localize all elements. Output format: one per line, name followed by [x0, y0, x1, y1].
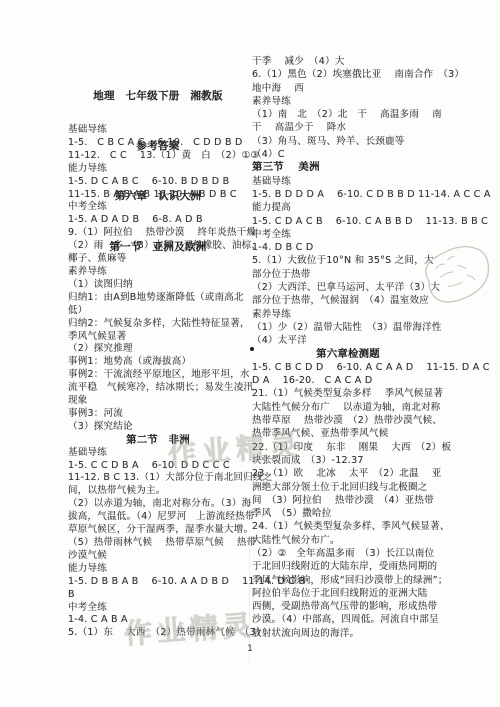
answer-line: 大陆性气候分布广 以赤道为轴，南北对称 [252, 401, 444, 414]
answer-line: 归纳2：气候复杂多样，大陆性特征显著， [68, 318, 248, 331]
answer-line: 阿拉伯半岛位于北回归线附近的亚洲大陆 [252, 587, 444, 600]
answer-line: D A 16-20. C A C A D [252, 374, 444, 387]
seal-stamp-icon [416, 242, 500, 318]
answer-line: 间 （3）阿拉伯 热带沙漠 （4）亚热带 [252, 494, 444, 507]
answer-line: 中考全练 [68, 201, 248, 214]
answer-line: 11-12. B C 13.（1）大部分位于南北回归线之 [68, 472, 248, 485]
answer-line: 23.（1）欧 北冰 太平 （2）北温 亚 [252, 467, 444, 480]
answer-line: 中考全练 [68, 602, 248, 615]
answer-line: 于北回归线附近的大陆东岸，受雨热同期的 [252, 560, 444, 573]
section-heading: 第三节 美洲 [252, 161, 444, 174]
answer-line: 沙漠气候 [68, 550, 248, 563]
answer-line: 季风 （5）撒哈拉 [252, 507, 444, 520]
answer-line: （2）探究推理 [68, 343, 248, 356]
answer-line: 沙漠。（4）中部高，四周低。河流自中部呈 [252, 613, 444, 626]
answer-line: 中考全练 [252, 228, 444, 241]
answer-line: 草原气候区，分干湿两季，湿季水量大增。 [68, 524, 248, 537]
answer-line: 事例2：干流流经平原地区，地形平坦，水 [68, 369, 248, 382]
answer-line: 1-5. D B B A B 6-10. A A D B D 11-14. D … [68, 576, 248, 589]
answer-line: 大陆性气候分布广。 [252, 534, 444, 547]
answer-line: 洲绝大部分领土位于北回归线与北极圈之 [252, 481, 444, 494]
answer-line: （2）以赤道为轴，南北对称分布。（3）海 [68, 498, 248, 511]
answer-line: （2）② 全年高温多雨 （3）长江以南位 [252, 547, 444, 560]
answer-line: 1-5. B D D D A 6-10. C D B B D 11-14. A … [252, 188, 444, 201]
answer-line: 5.（1）东 大西 （2）热带雨林气候 （3） [68, 627, 248, 640]
answer-line: 拔高，气温低。（4）尼罗河 上游流经热带 [68, 511, 248, 524]
answer-line: 11-15. B A B A B 16-20. A B D B C [68, 189, 248, 202]
answer-line: 干季 减少 （4）大 [252, 55, 444, 68]
answer-line: 现象 [68, 395, 248, 408]
answer-line: 事例1：地势高（或海拔高） [68, 356, 248, 369]
column-right: 干季 减少 （4）大6.（1）黑色（2）埃塞俄比亚 南南合作 （3）地中海 西素… [252, 55, 444, 640]
answer-line: 素养导练 [68, 266, 248, 279]
answer-line: 放射状流向周边的海洋。 [252, 627, 444, 640]
answer-line: 能力导练 [68, 563, 248, 576]
answer-line: 1-5. C B C A C 6-10. C D D B D [68, 137, 248, 150]
answer-line: 1-5. A D A D B 6-8. A D B [68, 214, 248, 227]
answer-line: （1）读图归纳 [68, 279, 248, 292]
answer-line: 椰子、蕉麻等 [68, 253, 248, 266]
answer-line: 热带草原 热带沙漠 （2）热带沙漠气候、 [252, 414, 444, 427]
answer-line: 块张裂而成 （3）-12.37 [252, 454, 444, 467]
answer-line: 24.（1）气候类型复杂多样、季风气候显著、 [252, 520, 444, 533]
answer-line: 干 高温少于 降水 [252, 121, 444, 134]
answer-line: 9.（1）阿拉伯 热带沙漠 终年炎热干燥 [68, 227, 248, 240]
answer-line: 6.（1）黑色（2）埃塞俄比亚 南南合作 （3） [252, 68, 444, 81]
book-title: 地理 七年级下册 湘教版 [68, 88, 248, 105]
column-left: 基础导练1-5. C B C A C 6-10. C D D B D11-12.… [68, 124, 248, 640]
answer-line: 1-4. C A B A [68, 614, 248, 627]
answer-line: （5）热带雨林气候 热带草原气候 热带 [68, 537, 248, 550]
answer-line: 11-12. C C 13.（1）黄 白 （2）①③ [68, 150, 248, 163]
answer-line: 能力导练 [68, 163, 248, 176]
answer-line: （3）探究结论 [68, 421, 248, 434]
answer-line: （1）南 北 （2）北 干 高温多雨 南 [252, 108, 444, 121]
answer-line: （2）雨 多 （3）水稻 天然橡胶、油棕、 [68, 240, 248, 253]
answer-line: 1-5. C B C D D 6-10. A C A A D 11-15. D … [252, 361, 444, 374]
answer-sheet-page: 地理 七年级下册 湘教版 参考答案 第六章 认识大洲 第一节 亚洲及欧洲 基础导… [0, 0, 500, 707]
answer-line: 间，以热带气候为主。 [68, 485, 248, 498]
answer-line: B [68, 589, 248, 602]
answer-line: 1-5. D C A B C 6-10. B D B D B [68, 176, 248, 189]
answer-line: 归纳1：由A到B地势逐渐降低（或南高北 [68, 292, 248, 305]
answer-line: 流平稳 气候寒冷，结冰期长；易发生凌汛 [68, 382, 248, 395]
answer-line: 基础导练 [68, 124, 248, 137]
answer-line: 22.（1）印度 东非 刚果 大西 （2）板 [252, 441, 444, 454]
section-heading: 第二节 非洲 [68, 434, 248, 447]
answer-line: （1）少（2）温带大陆性 （3）温带海洋性 [252, 321, 444, 334]
answer-line: 1-5. C D A C B 6-10. C A B B D 11-13. B … [252, 215, 444, 228]
answer-line: 能力提高 [252, 201, 444, 214]
print-dot [250, 347, 254, 351]
answer-line: 低） [68, 305, 248, 318]
answer-line: （4）C [252, 148, 444, 161]
answer-line: 热带季风气候、亚热带季风气候 [252, 427, 444, 440]
answer-line: 季风气候影响，形成“回归沙漠带上的绿洲”； [252, 574, 444, 587]
section-heading: 第六章检测题 [252, 348, 444, 361]
answer-line: 素养导练 [252, 95, 444, 108]
answer-line: 地中海 西 [252, 82, 444, 95]
page-number: 1 [244, 644, 256, 654]
answer-line: （4）太平洋 [252, 334, 444, 347]
answer-line: 西侧，受副热带高气压带的影响，形成热带 [252, 600, 444, 613]
answer-line: 1-5. C C D B A 6-10. D D C C C [68, 460, 248, 473]
answer-line: （3）角马、斑马、羚羊、长颈鹿等 [252, 135, 444, 148]
answer-line: 季风气候显著 [68, 331, 248, 344]
answer-line: 21.（1）气候类型复杂多样 季风气候显著 [252, 387, 444, 400]
answer-line: 基础导练 [68, 447, 248, 460]
answer-line: 基础导练 [252, 175, 444, 188]
answer-line: 事例3：河流 [68, 408, 248, 421]
